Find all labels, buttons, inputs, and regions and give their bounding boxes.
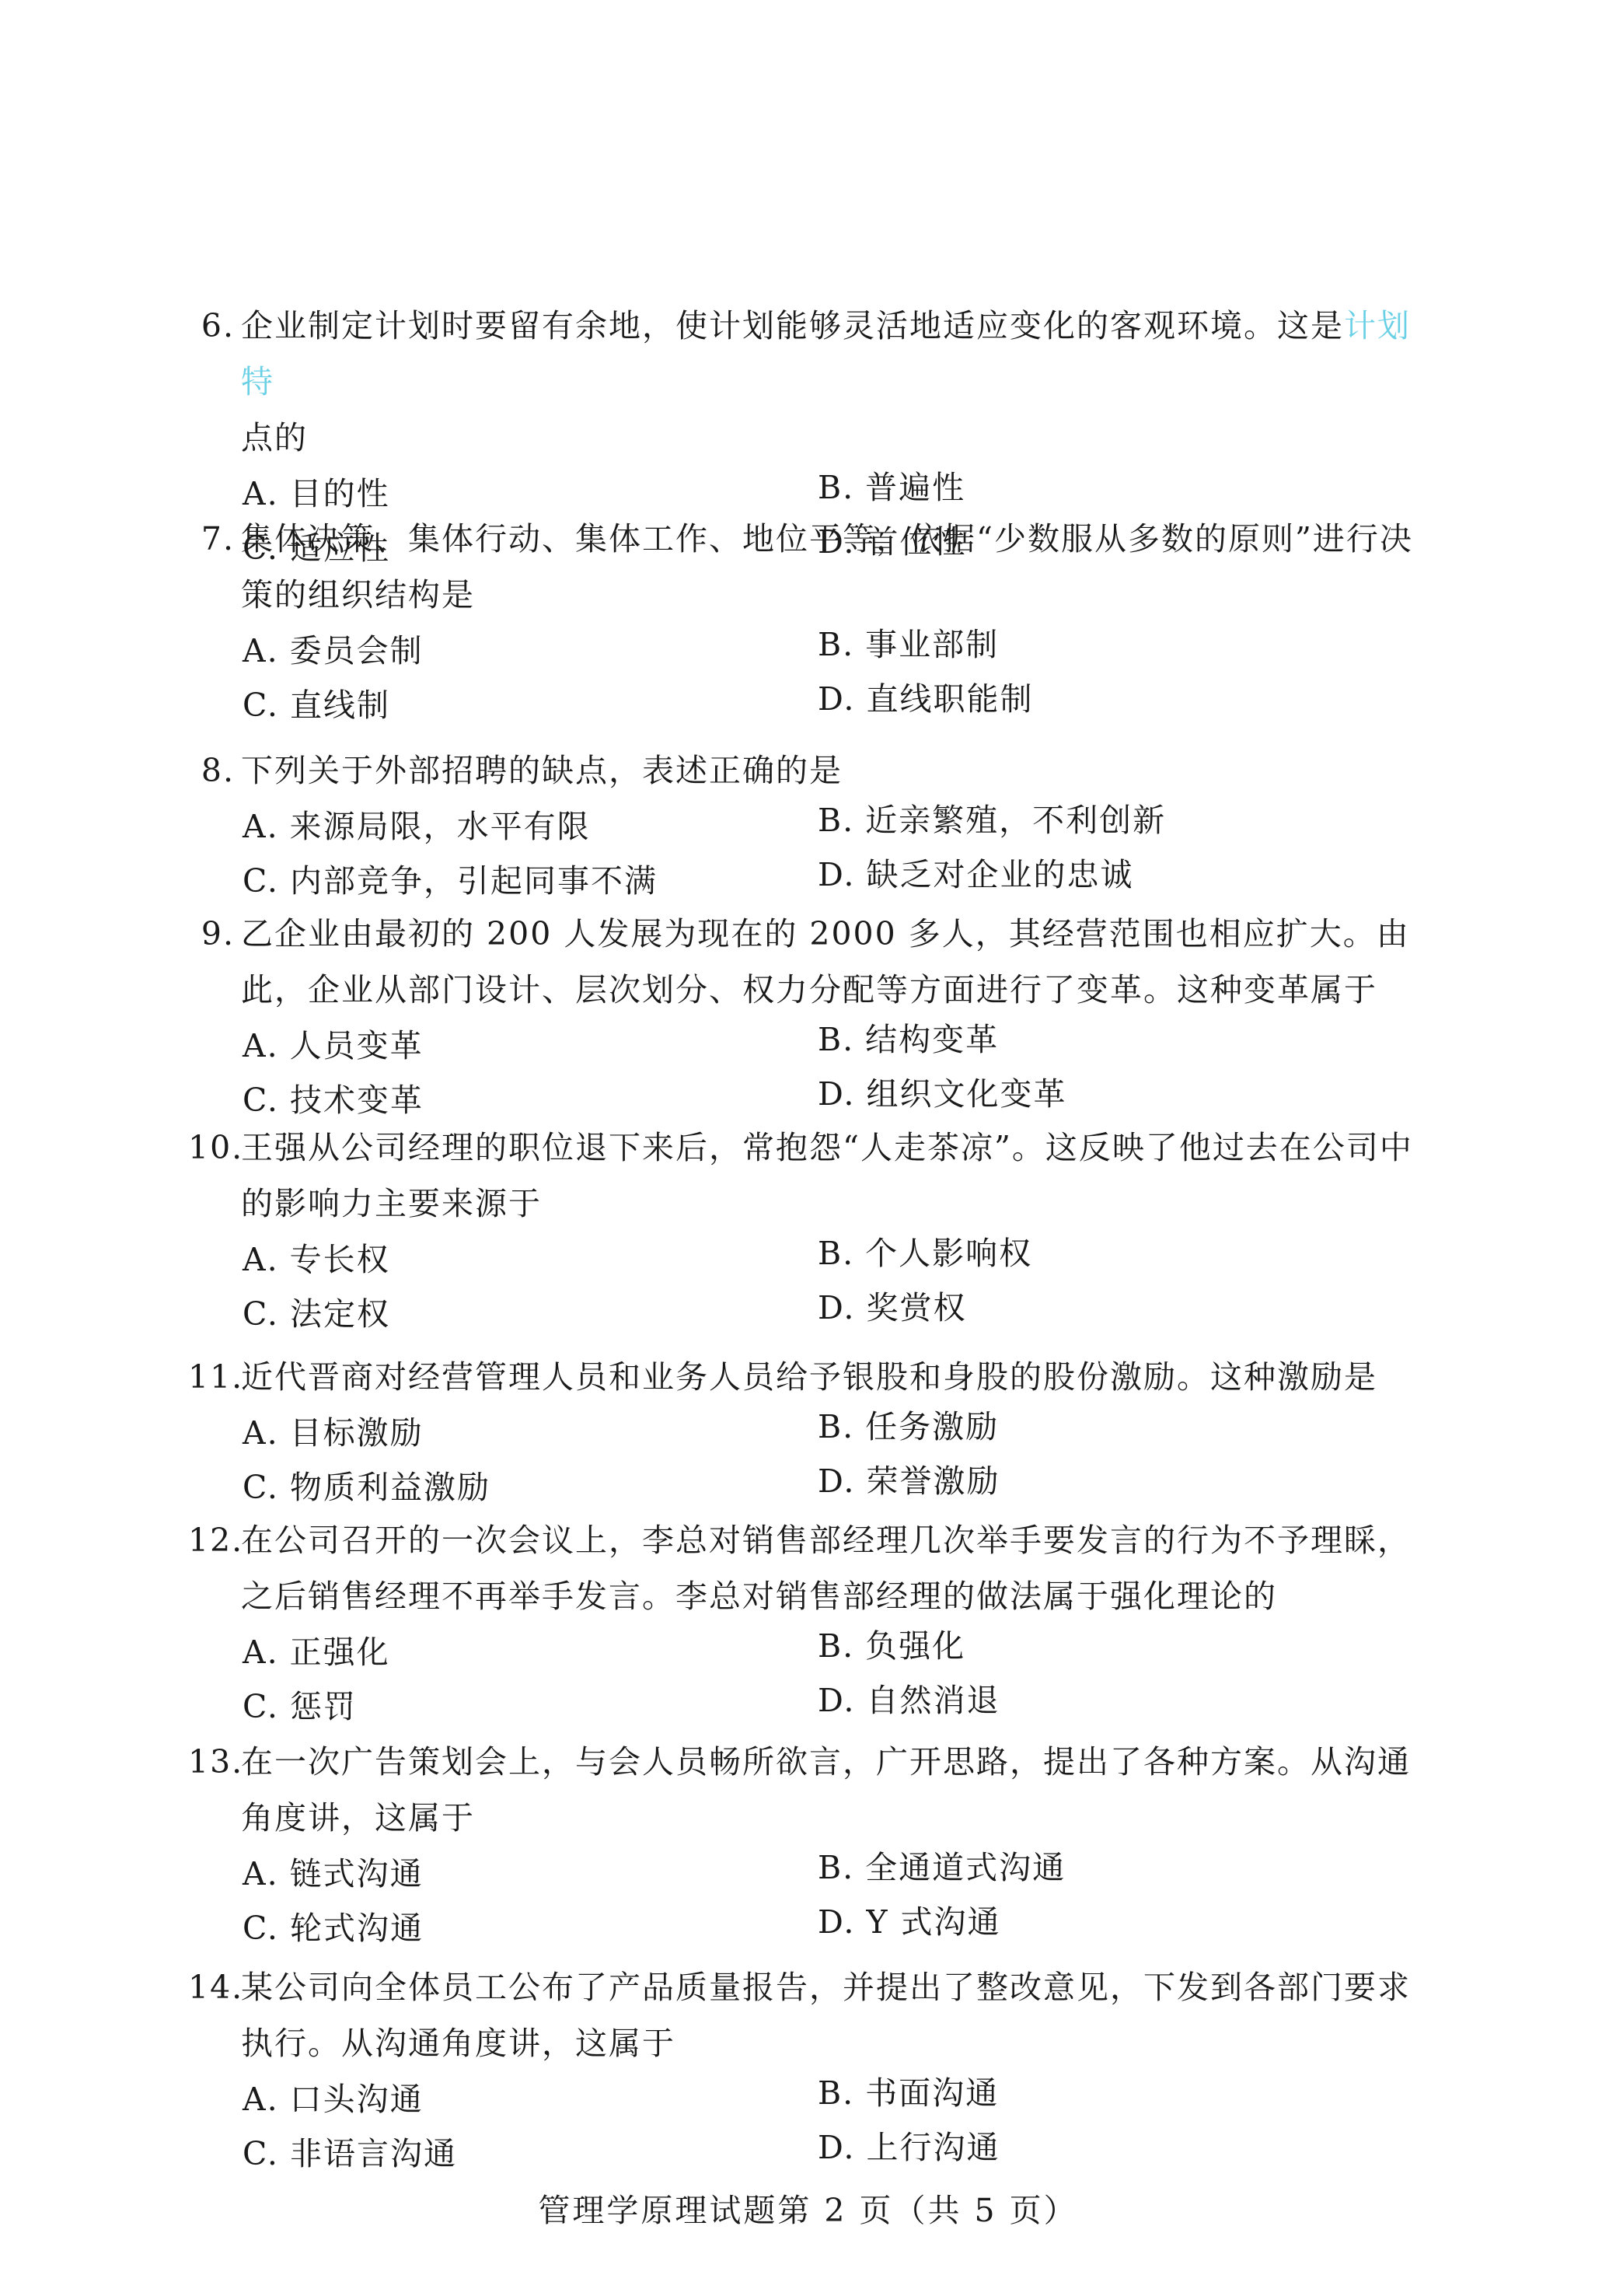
options: A.口头沟通 B.书面沟通 C.非语言沟通 D.上行沟通 — [243, 2071, 1422, 2180]
option-d: D.组织文化变革 — [818, 1066, 1066, 1122]
option-b: B.负强化 — [818, 1618, 965, 1674]
question-text: 集体决策、集体行动、集体工作、地位平等，依据“少数服从多数的原则”进行决策的组织… — [241, 511, 1422, 623]
options: A.目标激励 B.任务激励 C.物质利益激励 D.荣誉激励 — [243, 1405, 1422, 1514]
option-c: C.惩罚 — [243, 1679, 357, 1735]
question-text: 王强从公司经理的职位退下来后，常抱怨“人走茶凉”。这反映了他过去在公司中的影响力… — [241, 1120, 1422, 1232]
question-number: 10. — [188, 1120, 235, 1176]
option-a: A.口头沟通 — [243, 2071, 424, 2127]
question-number: 14. — [188, 1959, 235, 2015]
question-7: 7. 集体决策、集体行动、集体工作、地位平等，依据“少数服从多数的原则”进行决策… — [194, 511, 1422, 732]
option-b: B.事业部制 — [818, 617, 999, 673]
option-c: C.物质利益激励 — [243, 1459, 490, 1515]
options: A.链式沟通 B.全通道式沟通 C.轮式沟通 D.Y 式沟通 — [243, 1846, 1422, 1955]
question-text: 下列关于外部招聘的缺点，表述正确的是 — [241, 743, 1422, 799]
option-a: A.链式沟通 — [243, 1846, 424, 1902]
option-d: D.直线职能制 — [818, 671, 1033, 727]
question-text: 某公司向全体员工公布了产品质量报告，并提出了整改意见，下发到各部门要求执行。从沟… — [241, 1959, 1422, 2071]
question-9: 9. 乙企业由最初的 200 人发展为现在的 2000 多人，其经营范围也相应扩… — [194, 906, 1422, 1127]
question-number: 9. — [188, 906, 235, 962]
question-number: 11. — [188, 1349, 235, 1405]
option-c: C.法定权 — [243, 1286, 390, 1342]
question-number: 13. — [188, 1734, 235, 1790]
option-d: D.奖赏权 — [818, 1280, 966, 1336]
question-12: 12. 在公司召开的一次会议上，李总对销售部经理几次举手要发言的行为不予理睬，之… — [194, 1512, 1422, 1733]
option-b: B.全通道式沟通 — [818, 1840, 1066, 1896]
exam-page: 6. 企业制定计划时要留有余地，使计划能够灵活地适应变化的客观环境。这是计划特点… — [0, 0, 1616, 2296]
option-a: A.专长权 — [243, 1232, 390, 1288]
question-number: 8. — [188, 743, 235, 799]
options: A.来源局限，水平有限 B.近亲繁殖，不利创新 C.内部竞争，引起同事不满 D.… — [243, 799, 1422, 907]
question-8: 8. 下列关于外部招聘的缺点，表述正确的是 A.来源局限，水平有限 B.近亲繁殖… — [194, 743, 1422, 907]
option-c: C.直线制 — [243, 677, 390, 733]
question-text: 乙企业由最初的 200 人发展为现在的 2000 多人，其经营范围也相应扩大。由… — [241, 906, 1422, 1018]
option-b: B.个人影响权 — [818, 1225, 1032, 1281]
question-text: 企业制定计划时要留有余地，使计划能够灵活地适应变化的客观环境。这是计划特点的 — [241, 298, 1422, 466]
option-b: B.普遍性 — [818, 460, 965, 515]
option-a: A.来源局限，水平有限 — [243, 799, 591, 854]
question-13: 13. 在一次广告策划会上，与会人员畅所欲言，广开思路，提出了各种方案。从沟通角… — [194, 1734, 1422, 1955]
question-number: 6. — [188, 298, 235, 354]
option-a: A.目标激励 — [243, 1405, 424, 1461]
option-a: A.正强化 — [243, 1624, 390, 1680]
question-text: 近代晋商对经营管理人员和业务人员给予银股和身股的股份激励。这种激励是 — [241, 1349, 1422, 1405]
option-b: B.任务激励 — [818, 1399, 999, 1455]
option-b: B.书面沟通 — [818, 2065, 999, 2121]
option-c: C.轮式沟通 — [243, 1900, 424, 1956]
option-d: D.荣誉激励 — [818, 1453, 1000, 1509]
option-d: D.自然消退 — [818, 1672, 1000, 1728]
option-a: A.委员会制 — [243, 623, 424, 679]
question-text: 在公司召开的一次会议上，李总对销售部经理几次举手要发言的行为不予理睬，之后销售经… — [241, 1512, 1422, 1624]
question-text: 在一次广告策划会上，与会人员畅所欲言，广开思路，提出了各种方案。从沟通角度讲，这… — [241, 1734, 1422, 1846]
question-14: 14. 某公司向全体员工公布了产品质量报告，并提出了整改意见，下发到各部门要求执… — [194, 1959, 1422, 2180]
option-d: D.上行沟通 — [818, 2120, 1000, 2175]
options: A.正强化 B.负强化 C.惩罚 D.自然消退 — [243, 1624, 1422, 1733]
option-c: C.非语言沟通 — [243, 2126, 457, 2182]
question-number: 7. — [188, 511, 235, 567]
option-a: A.人员变革 — [243, 1018, 424, 1074]
question-10: 10. 王强从公司经理的职位退下来后，常抱怨“人走茶凉”。这反映了他过去在公司中… — [194, 1120, 1422, 1340]
page-footer: 管理学原理试题第 2 页（共 5 页） — [0, 2185, 1616, 2231]
option-d: D.Y 式沟通 — [818, 1894, 1001, 1950]
option-c: C.内部竞争，引起同事不满 — [243, 853, 658, 909]
option-b: B.近亲繁殖，不利创新 — [818, 792, 1166, 848]
option-b: B.结构变革 — [818, 1012, 999, 1068]
options: A.专长权 B.个人影响权 C.法定权 D.奖赏权 — [243, 1232, 1422, 1340]
question-number: 12. — [188, 1512, 235, 1568]
question-11: 11. 近代晋商对经营管理人员和业务人员给予银股和身股的股份激励。这种激励是 A… — [194, 1349, 1422, 1514]
options: A.人员变革 B.结构变革 C.技术变革 D.组织文化变革 — [243, 1018, 1422, 1127]
options: A.委员会制 B.事业部制 C.直线制 D.直线职能制 — [243, 623, 1422, 732]
option-d: D.缺乏对企业的忠诚 — [818, 847, 1133, 903]
